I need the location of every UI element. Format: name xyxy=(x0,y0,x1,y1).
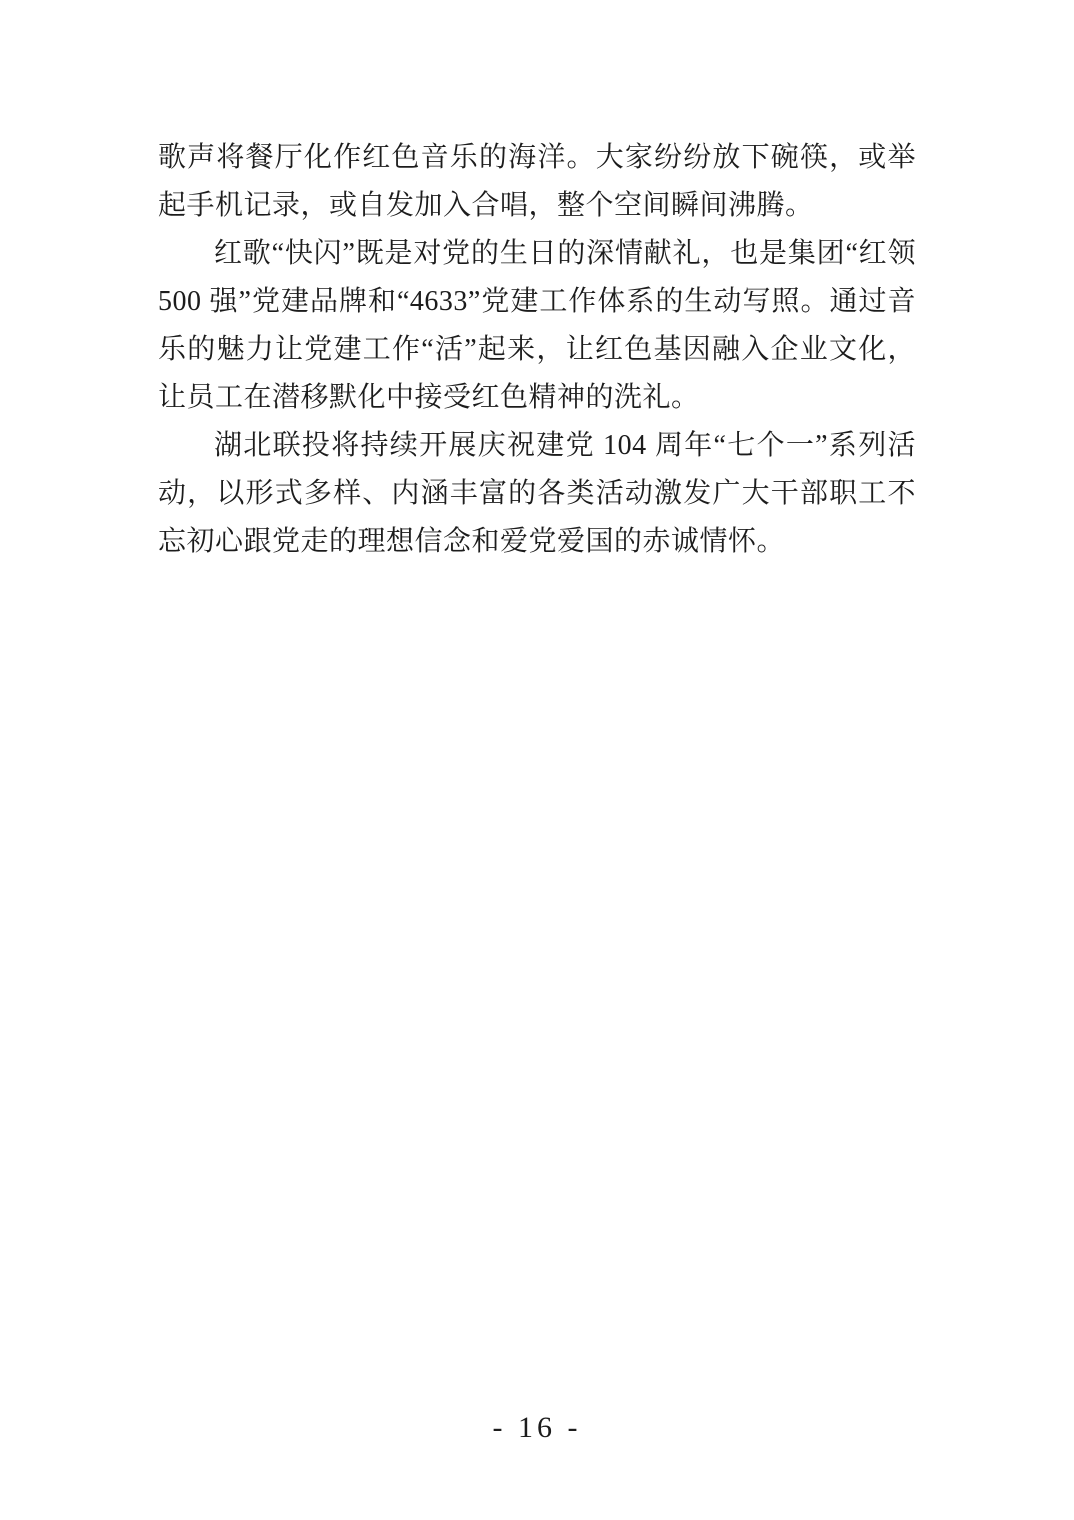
page-number: - 16 - xyxy=(0,1408,1074,1448)
paragraph-2: 红歌“快闪”既是对党的生日的深情献礼，也是集团“红领 500 强”党建品牌和“4… xyxy=(158,230,916,422)
paragraph-3: 湖北联投将持续开展庆祝建党 104 周年“七个一”系列活动，以形式多样、内涵丰富… xyxy=(158,422,916,566)
paragraph-1: 歌声将餐厅化作红色音乐的海洋。大家纷纷放下碗筷，或举起手机记录，或自发加入合唱，… xyxy=(158,134,916,230)
document-body: 歌声将餐厅化作红色音乐的海洋。大家纷纷放下碗筷，或举起手机记录，或自发加入合唱，… xyxy=(158,134,916,566)
document-page: 歌声将餐厅化作红色音乐的海洋。大家纷纷放下碗筷，或举起手机记录，或自发加入合唱，… xyxy=(0,0,1074,1520)
